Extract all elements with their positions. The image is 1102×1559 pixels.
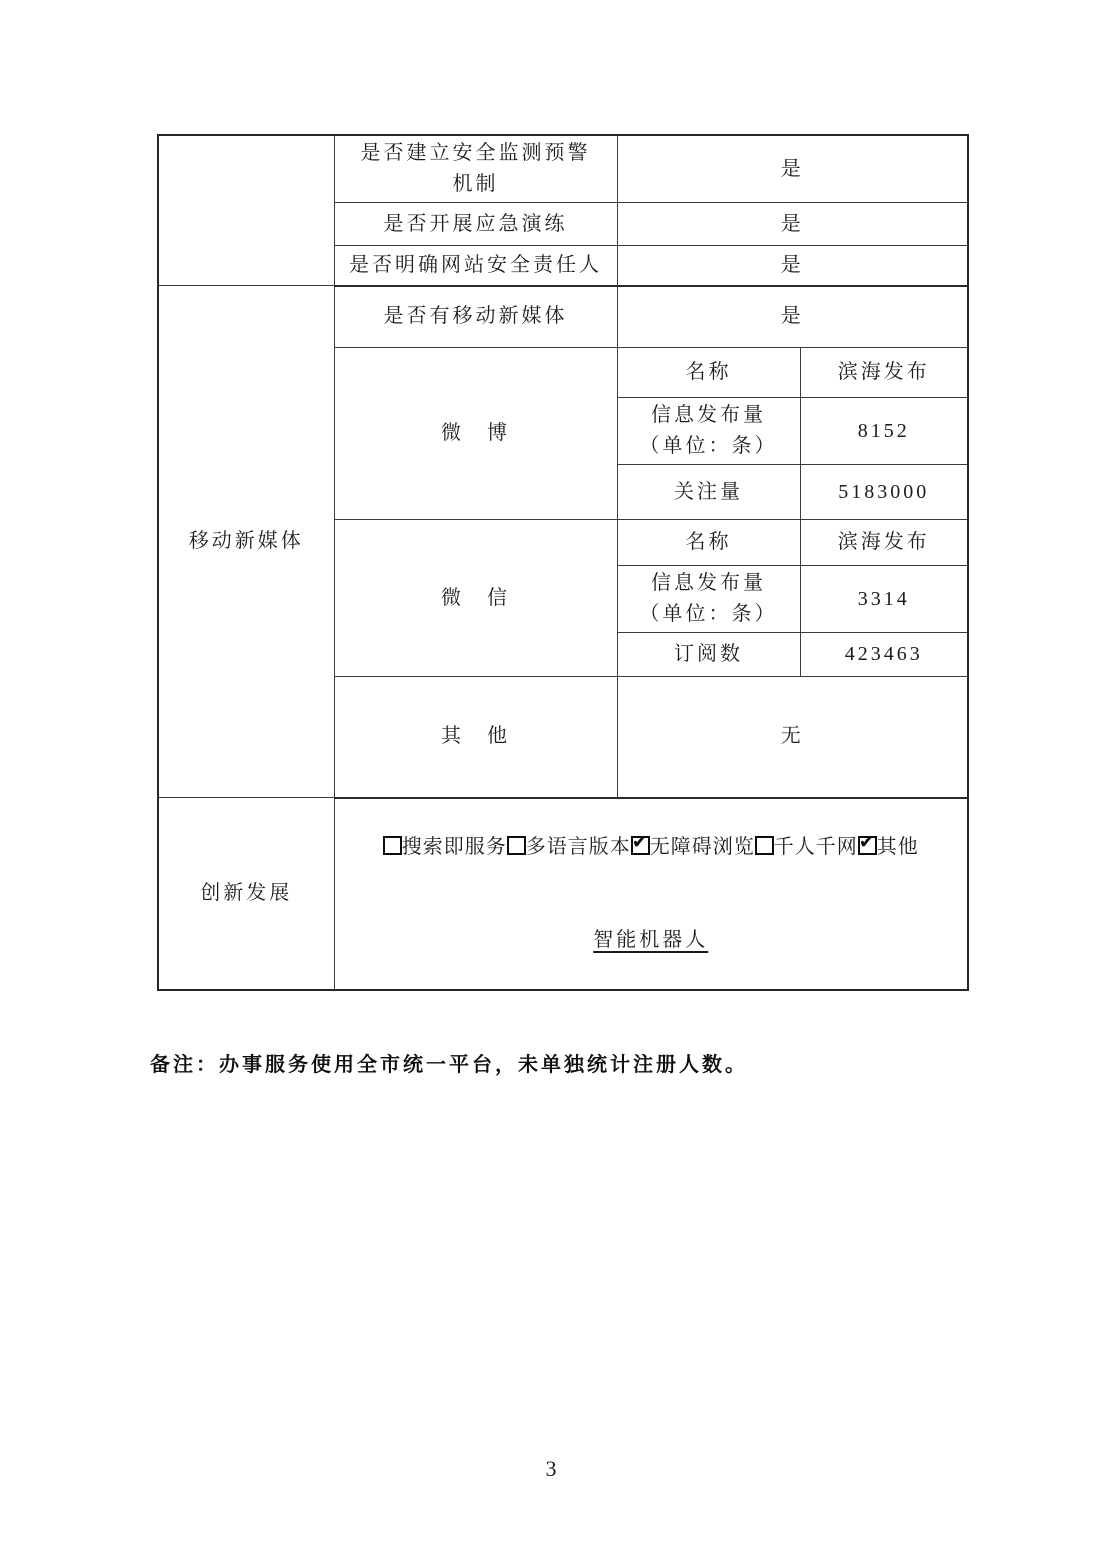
other-label-cell: 其 他 — [334, 677, 617, 798]
note-text: 备注：办事服务使用全市统一平台，未单独统计注册人数。 — [150, 1048, 970, 1077]
report-table: 是否建立安全监测预警 机制 是 是否开展应急演练 是 是否明确网站安全责任人 是… — [157, 134, 969, 991]
document-page: 是否建立安全监测预警 机制 是 是否开展应急演练 是 是否明确网站安全责任人 是… — [0, 0, 1102, 1559]
metric-label-cell: 名称 — [617, 520, 800, 566]
question-cell: 是否明确网站安全责任人 — [334, 246, 617, 286]
metric-value-cell: 8152 — [800, 398, 968, 465]
checkbox-label: 搜索即服务 — [402, 836, 507, 858]
metric-value-cell: 5183000 — [800, 465, 968, 520]
checkbox[interactable] — [755, 836, 774, 855]
checkbox[interactable] — [383, 836, 402, 855]
answer-cell: 是 — [617, 203, 968, 246]
innovation-other-line: 智能机器人 — [345, 894, 958, 956]
innovation-options: 搜索即服务多语言版本无障碍浏览千人千网其他 — [345, 832, 958, 863]
page-number: 3 — [0, 1456, 1102, 1482]
metric-value-cell: 滨海发布 — [800, 520, 968, 566]
metric-label-cell: 信息发布量 （单位：条） — [617, 566, 800, 633]
question-cell: 是否开展应急演练 — [334, 203, 617, 246]
innovation-other-detail: 智能机器人 — [593, 929, 708, 951]
metric-label-cell: 订阅数 — [617, 633, 800, 677]
checkbox[interactable] — [631, 836, 650, 855]
section-label-cell: 创新发展 — [158, 798, 334, 990]
metric-label-cell: 关注量 — [617, 465, 800, 520]
checkbox-label: 多语言版本 — [526, 836, 631, 858]
other-value-cell: 无 — [617, 677, 968, 798]
innovation-content-cell: 搜索即服务多语言版本无障碍浏览千人千网其他 智能机器人 — [334, 798, 968, 990]
answer-cell: 是 — [617, 135, 968, 203]
checkbox-label: 千人千网 — [774, 836, 858, 858]
platform-name-cell: 微 博 — [334, 348, 617, 520]
checkbox-label: 其他 — [877, 836, 919, 858]
metric-value-cell: 滨海发布 — [800, 348, 968, 398]
metric-value-cell: 423463 — [800, 633, 968, 677]
checkbox[interactable] — [858, 836, 877, 855]
table-row: 是否建立安全监测预警 机制 是 — [158, 135, 968, 203]
answer-cell: 是 — [617, 286, 968, 348]
answer-cell: 是 — [617, 246, 968, 286]
checkbox-label: 无障碍浏览 — [650, 836, 755, 858]
empty-section-cell — [158, 135, 334, 286]
table-row: 移动新媒体 是否有移动新媒体 是 — [158, 286, 968, 348]
metric-label-cell: 信息发布量 （单位：条） — [617, 398, 800, 465]
metric-label-cell: 名称 — [617, 348, 800, 398]
section-label-cell: 移动新媒体 — [158, 286, 334, 798]
platform-name-cell: 微 信 — [334, 520, 617, 677]
table-row: 创新发展 搜索即服务多语言版本无障碍浏览千人千网其他 智能机器人 — [158, 798, 968, 990]
metric-value-cell: 3314 — [800, 566, 968, 633]
checkbox[interactable] — [507, 836, 526, 855]
question-cell: 是否有移动新媒体 — [334, 286, 617, 348]
question-cell: 是否建立安全监测预警 机制 — [334, 135, 617, 203]
